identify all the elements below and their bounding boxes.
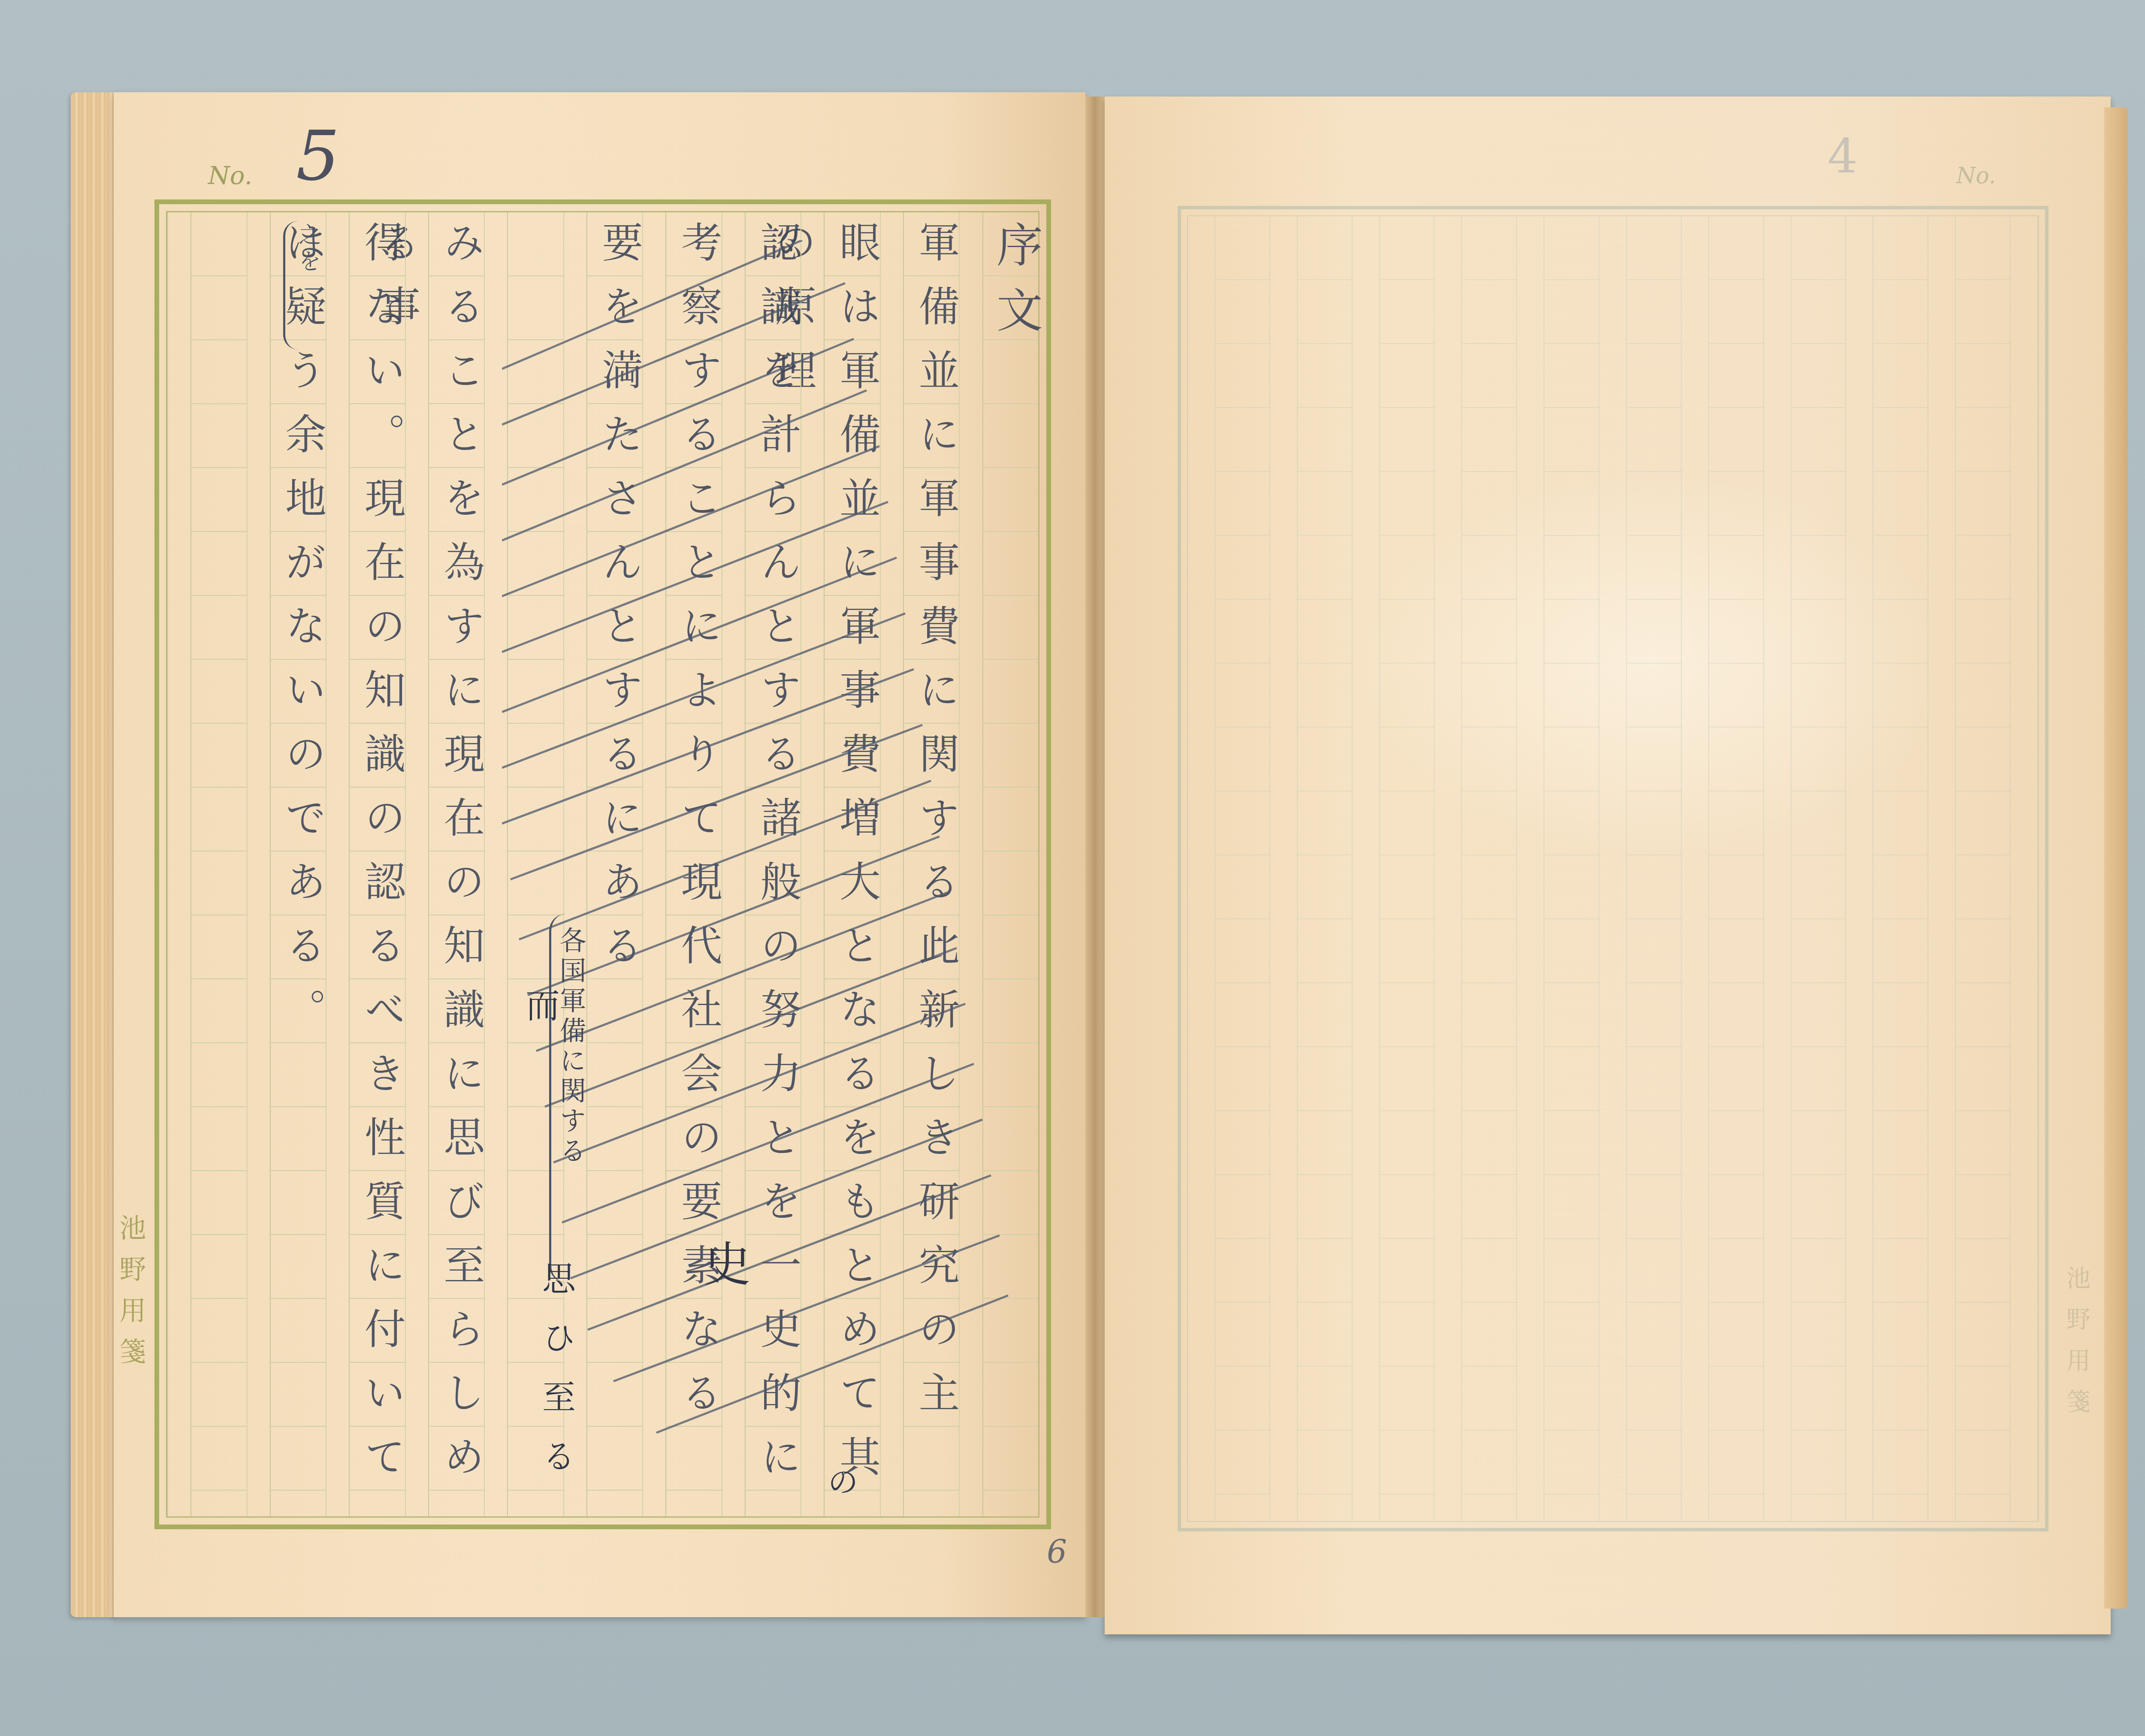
book-gutter [1085, 97, 1105, 1617]
correction-mark: の [828, 1458, 858, 1502]
grid-column-3: 認識を計らんとする諸般の努力とを一史的に [745, 212, 801, 1516]
right-manuscript-grid [1187, 215, 2039, 1522]
bottom-page-number: 6 [1047, 1534, 1067, 1570]
text-column-7: みることを為すに現在の知識に思び至らしめる事 [429, 221, 493, 1516]
margin-note: 之を [292, 223, 324, 276]
preface-title: 序文 [983, 221, 1048, 351]
grid-column-7: みることを為すに現在の知識に思び至らしめる事 [428, 212, 484, 1516]
right-page-maker-mark: 池野用箋 [2059, 1265, 2094, 1430]
column5-tail: 思ひ至る [532, 1261, 580, 1498]
scanned-spread: No. 5 池野用箋 序文 軍備並に軍事費に関する此新しき研究の主 眼は軍備 [0, 0, 2145, 1736]
correction-mark: 史 [704, 1227, 751, 1295]
grid-column-4: 考察することによりて現代社会の要素なる [665, 212, 721, 1516]
grid-column-10 [190, 212, 246, 1516]
grid-column-title: 序文 [982, 212, 1038, 1516]
grid-column-9: は疑う余地がないのである。 [270, 212, 326, 1516]
grid-gap [247, 212, 270, 1516]
text-column-2: 眼は軍備並に軍事費増大となるをもとめて其の原理 [825, 221, 889, 1516]
page-number-label: No. [208, 161, 252, 190]
manuscript-frame: 序文 軍備並に軍事費に関する此新しき研究の主 眼は軍備並に軍事費増大となるをもと… [154, 199, 1051, 1529]
text-column-3: 認識を計らんとする諸般の努力とを一史的に [746, 221, 810, 1499]
insertion-fragment: 而 [526, 978, 560, 1027]
stationery-maker-mark: 池野用箋 [112, 1214, 150, 1379]
grid-column-5: 要を満たさんとするにある [586, 212, 642, 1516]
grid-column-1: 軍備並に軍事費に関する此新しき研究の主 [903, 212, 959, 1516]
grid-gap [167, 212, 190, 1516]
right-page-ghost-number: 4 [1828, 129, 1858, 184]
right-page-edges [2104, 107, 2128, 1609]
right-page-number-label: No. [1956, 163, 1996, 189]
text-column-8: 得ない。現在の知識の認るべき性質に付いて [350, 221, 414, 1499]
manuscript-frame-inner: 序文 軍備並に軍事費に関する此新しき研究の主 眼は軍備並に軍事費増大となるをもと… [166, 211, 1039, 1518]
manuscript-grid: 序文 軍備並に軍事費に関する此新しき研究の主 眼は軍備並に軍事費増大となるをもと… [167, 212, 1038, 1516]
right-manuscript-frame [1178, 206, 2048, 1531]
text-column-9: は疑う余地がないのである。 [271, 221, 335, 1052]
text-column-1: 軍備並に軍事費に関する此新しき研究の主 [904, 221, 968, 1435]
left-page-edges [71, 92, 118, 1617]
grid-column-2: 眼は軍備並に軍事費増大となるをもとめて其の原理 [824, 212, 879, 1516]
grid-column-8: 得ない。現在の知識の認るべき性質に付いて [349, 212, 405, 1516]
insertion-note: 各国軍備に関する [556, 927, 586, 1167]
text-column-5: 要を満たさんとするにある [587, 221, 652, 988]
page-number-handwritten: 5 [296, 116, 340, 196]
